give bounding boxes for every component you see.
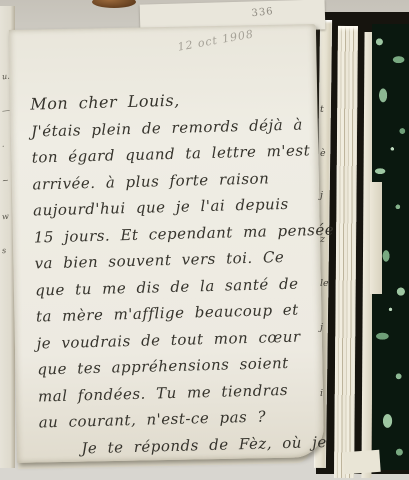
page-edge-mark: w [2, 212, 10, 222]
book-spine-top [92, 0, 136, 8]
pencil-date-annotation: 12 oct 1908 [177, 27, 255, 53]
page-edge-mark: ~ [2, 176, 10, 186]
letter-line-indented: Je te réponds de Fèz, où je [81, 429, 322, 462]
edge-fragment: z [320, 234, 325, 245]
edge-fragment: j [320, 190, 323, 201]
bottom-page-edge-wedge [343, 450, 380, 474]
edge-fragment: t [320, 104, 324, 115]
photographed-letter-album: t è j z le j i u. — · ~ w s 336 12 oct 1… [0, 0, 409, 480]
edge-fragment: le [320, 278, 329, 289]
page-edge-mark: s [2, 246, 7, 255]
page-edge-mark: · [2, 142, 5, 151]
page-fore-edge-strips [334, 26, 358, 478]
handwritten-letter-text: Mon cher Louis, J'étais plein de remords… [30, 84, 322, 462]
letter-page: 336 12 oct 1908 Mon cher Louis, J'étais … [9, 24, 324, 463]
edge-fragment: j [320, 322, 323, 333]
page-edge-mark: — [2, 106, 11, 116]
edge-fragment: è [320, 148, 326, 159]
folio-page-number: 336 [251, 6, 274, 19]
stepped-page-edge [370, 182, 382, 294]
edge-fragment: i [320, 388, 323, 399]
